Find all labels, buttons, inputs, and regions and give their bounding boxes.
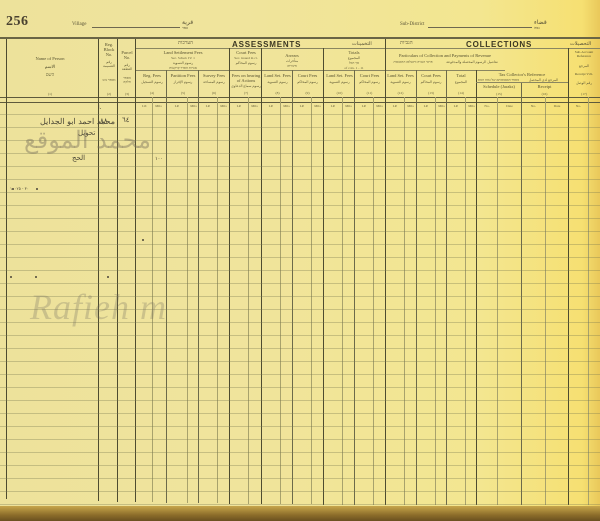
signature-stamp: محمد الموقع (24, 126, 151, 154)
lp-subhead: LP. (137, 104, 152, 108)
row-rule (0, 465, 600, 466)
col-rule (261, 48, 262, 504)
entry-3-name: الحج (72, 154, 85, 162)
date-subhead: Date (546, 104, 568, 108)
entry-1-block: ٨٨ (100, 117, 108, 125)
totals-header: Totals (324, 50, 384, 55)
watermark: Rafieh m (30, 286, 167, 328)
no-subhead: No. (477, 104, 497, 108)
arrears-he: פיגורים (262, 64, 322, 68)
land-settlement-sub: Sec. Sched. IV. 1 (137, 56, 229, 60)
row-rule (0, 231, 600, 232)
arrears-court-ar: رسوم المحاكم (293, 80, 322, 84)
totals-ar: المجموع (324, 56, 384, 60)
col-subrule (497, 97, 498, 505)
row-rule (0, 244, 600, 245)
coll-court-header: Court Fees (416, 73, 446, 78)
col-subrule (311, 97, 312, 504)
header-rule-3 (0, 97, 600, 98)
ink-dot (107, 276, 109, 278)
row-rule (0, 257, 600, 258)
receipt-vch-header: Receipt Vch. (570, 72, 598, 77)
lp-subhead: LP. (386, 104, 404, 108)
col-block-num: (2) (100, 92, 118, 96)
row-rule (0, 114, 600, 115)
totals-court-ar: رسوم المحاكم (355, 80, 384, 84)
totals-court-header: Court Fees (355, 73, 384, 78)
row-rule (0, 491, 600, 492)
row-rule (0, 192, 600, 193)
village-label: Village (72, 22, 86, 27)
coll-court-num: (13) (416, 91, 446, 95)
arrears-court-header: Court Fees (293, 73, 322, 78)
partition-fees-num: (5) (168, 91, 198, 95)
col-subrule (588, 97, 589, 505)
reg-fees-header: Reg. Fees (138, 73, 166, 78)
lp-subhead: LP. (199, 104, 217, 108)
row-rule (0, 478, 600, 479)
totals-land-ar: رسوم التسوية (325, 80, 354, 84)
row-rule (0, 361, 600, 362)
fees-hearing-num: (7) (231, 91, 261, 95)
coll-land-num: (12) (386, 91, 415, 95)
row-rule (0, 270, 600, 271)
mils-subhead: Mils (188, 104, 199, 108)
mils-subhead: Mils (312, 104, 323, 108)
village-field-line (92, 27, 180, 28)
col-name-header: Name of Person (10, 56, 90, 61)
col-subrule (545, 97, 546, 505)
coll-land-ar: رسوم التسوية (386, 80, 415, 84)
col-subrule (280, 97, 281, 504)
col-block-header: Reg. Block No. (100, 42, 118, 57)
mils-subhead: Mils (343, 104, 354, 108)
row-rule (0, 283, 600, 284)
date-subhead: Date (498, 104, 521, 108)
mils-subhead: Mils (405, 104, 416, 108)
col-subrule (404, 97, 405, 505)
col-subrule (465, 97, 466, 505)
col-block-ar: رقم القسيمة (100, 60, 118, 68)
col-name-ar: الاسم (10, 64, 90, 69)
mils-subhead: Mils (218, 104, 229, 108)
partition-fees-ar: رسوم الإفراز (168, 80, 198, 84)
survey-fees-ar: رسوم المساحة (199, 80, 229, 84)
header-rule-4 (0, 102, 600, 103)
survey-fees-header: Survey Fees (199, 73, 229, 78)
sub-account-header: Sub-Account Reference (570, 50, 598, 58)
tax-collector-header: Tax Collector's Reference (477, 72, 567, 77)
mils-subhead: Mils (374, 104, 385, 108)
row-rule (0, 205, 600, 206)
row-rule (0, 179, 600, 180)
lp-subhead: LP. (355, 104, 373, 108)
arrears-court-num: (9) (293, 91, 322, 95)
ink-dot (35, 276, 37, 278)
header-rule-2 (135, 70, 505, 71)
ink-dot (10, 276, 12, 278)
coll-total-ar: المجموع (447, 80, 475, 84)
row-rule (0, 400, 600, 401)
collections-arabic: التحصيلات (570, 41, 591, 47)
mils-subhead: Mils (249, 104, 260, 108)
receipt-vch-ar: رقم الوصل (570, 81, 598, 85)
partition-fees-header: Partition Fees (168, 73, 198, 78)
land-settlement-header: Land Settlement Fees (137, 50, 229, 55)
col-subrule (187, 97, 188, 503)
col-rule (229, 48, 230, 504)
col-block-he: מספר גוש (100, 78, 118, 82)
col-parcel-he: מספר חלקה (119, 76, 135, 84)
coll-court-ar: رسوم المحاكم (416, 80, 446, 84)
col-name-num: (1) (10, 92, 90, 96)
particulars-he: פרטי הגביה ותשלום ההכנסות (386, 60, 440, 64)
col-rule (6, 39, 7, 499)
table-top-rule (0, 37, 600, 39)
lp-subhead: LP. (417, 104, 435, 108)
arrears-land-num: (8) (263, 91, 292, 95)
lp-subhead: LP. (447, 104, 465, 108)
row-rule (0, 426, 600, 427)
row-rule (0, 439, 600, 440)
page-bottom-edge (0, 506, 600, 521)
land-settlement-he: אגרות הסדר קרקעות (137, 66, 229, 70)
col-rule (568, 48, 569, 505)
reg-fees-ar: رسوم التسجيل (138, 80, 166, 84)
row-rule (0, 335, 600, 336)
row-rule (0, 166, 600, 167)
subdistrict-field-line (428, 27, 532, 28)
sub-account-num: (17) (570, 92, 598, 96)
col-rule (323, 48, 324, 505)
mils-subhead: Mils (281, 104, 292, 108)
col-subrule (248, 97, 249, 504)
fees-hearing-header: Fees on hearing of Actions (231, 73, 261, 83)
collections-hebrew: הגביות (400, 41, 413, 46)
mils-subhead: Mils (436, 104, 447, 108)
reg-fees-num: (4) (138, 91, 166, 95)
totals-he: סך הכל (324, 61, 384, 65)
row-rule (0, 387, 600, 388)
row-rule (0, 504, 600, 505)
row-rule (0, 218, 600, 219)
page-number: 256 (6, 14, 29, 30)
receipt-header: Receipt (522, 84, 567, 89)
mils-subhead: Mils (153, 104, 164, 108)
receipt-num: (16) (522, 92, 567, 96)
col-subrule (373, 97, 374, 505)
coll-total-header: Total (447, 73, 475, 78)
fees-hearing-ar: رسوم سماع الدعاوى (231, 84, 261, 88)
no-subhead: No. (569, 104, 588, 108)
particulars-header: Particulars of Collection and Payments o… (386, 53, 504, 58)
schedule-header: Schedule (Jaraks) (478, 84, 520, 89)
col-subrule (435, 97, 436, 505)
entry-1-parcel: ٦٤ (122, 116, 130, 124)
col-parcel-ar: رقم القطعة (119, 63, 135, 71)
coll-land-header: Land Set. Fees (386, 73, 415, 78)
ink-dot (36, 188, 38, 190)
mils-subhead: Mils (466, 104, 477, 108)
row-rule (0, 348, 600, 349)
particulars-ar: تفاصيل الرسوم المحصلة والمدفوعة (440, 60, 504, 64)
col-subrule (342, 97, 343, 505)
tax-collector-subrule (476, 82, 568, 83)
col-parcel-num: (3) (119, 92, 135, 96)
row-rule (0, 452, 600, 453)
coll-total-num: (14) (447, 91, 475, 95)
totals-land-num: (10) (325, 91, 354, 95)
lp-subhead: LP. (324, 104, 342, 108)
sub-account-ar: المرجع (570, 64, 598, 68)
assessments-hebrew: הערכות (178, 41, 193, 46)
ink-dot (12, 188, 14, 190)
row-rule (0, 413, 600, 414)
subdistrict-label-he: נפה (534, 25, 540, 30)
ink-dot (142, 239, 144, 241)
arrears-land-ar: رسوم التسوية (263, 80, 292, 84)
assessments-arabic: التخمينات (352, 41, 372, 47)
lp-subhead: LP. (167, 104, 187, 108)
court-fees-group-sub: Sec. issued in ct. (231, 56, 261, 60)
arrears-ar: متأخرات (262, 59, 322, 63)
lp-subhead: LP. (262, 104, 280, 108)
col-name-he: השם (10, 72, 90, 77)
header-rule-1 (135, 48, 600, 49)
court-fees-group-header: Court Fees (231, 50, 261, 55)
lp-subhead: LP. (230, 104, 248, 108)
totals-land-header: Land Set. Fees (325, 73, 354, 78)
subdistrict-label: Sub-District (400, 22, 424, 27)
handwritten-mark: ا. (98, 104, 102, 111)
col-subrule (217, 97, 218, 503)
col-rule (521, 82, 522, 505)
schedule-num: (15) (478, 92, 520, 96)
arrears-land-header: Land Set. Fees (263, 73, 292, 78)
no-subhead: No. (522, 104, 545, 108)
arrears-header: Arrears (262, 53, 322, 58)
land-settlement-ar: رسوم التسوية (137, 61, 229, 65)
ledger-page: 256 Village قرية כפר Sub-District قضاء נ… (0, 0, 600, 521)
col-parcel-header: Parcel No. (119, 50, 135, 60)
survey-fees-num: (6) (199, 91, 229, 95)
village-label-he: כפר (182, 25, 188, 30)
row-rule (0, 374, 600, 375)
small-figure: ١٠٠ (155, 156, 163, 162)
lp-subhead: LP. (293, 104, 311, 108)
court-fees-group-ar: رسوم المحاكم (231, 61, 261, 65)
totals-court-num: (11) (355, 91, 384, 95)
col-rule (385, 39, 386, 505)
